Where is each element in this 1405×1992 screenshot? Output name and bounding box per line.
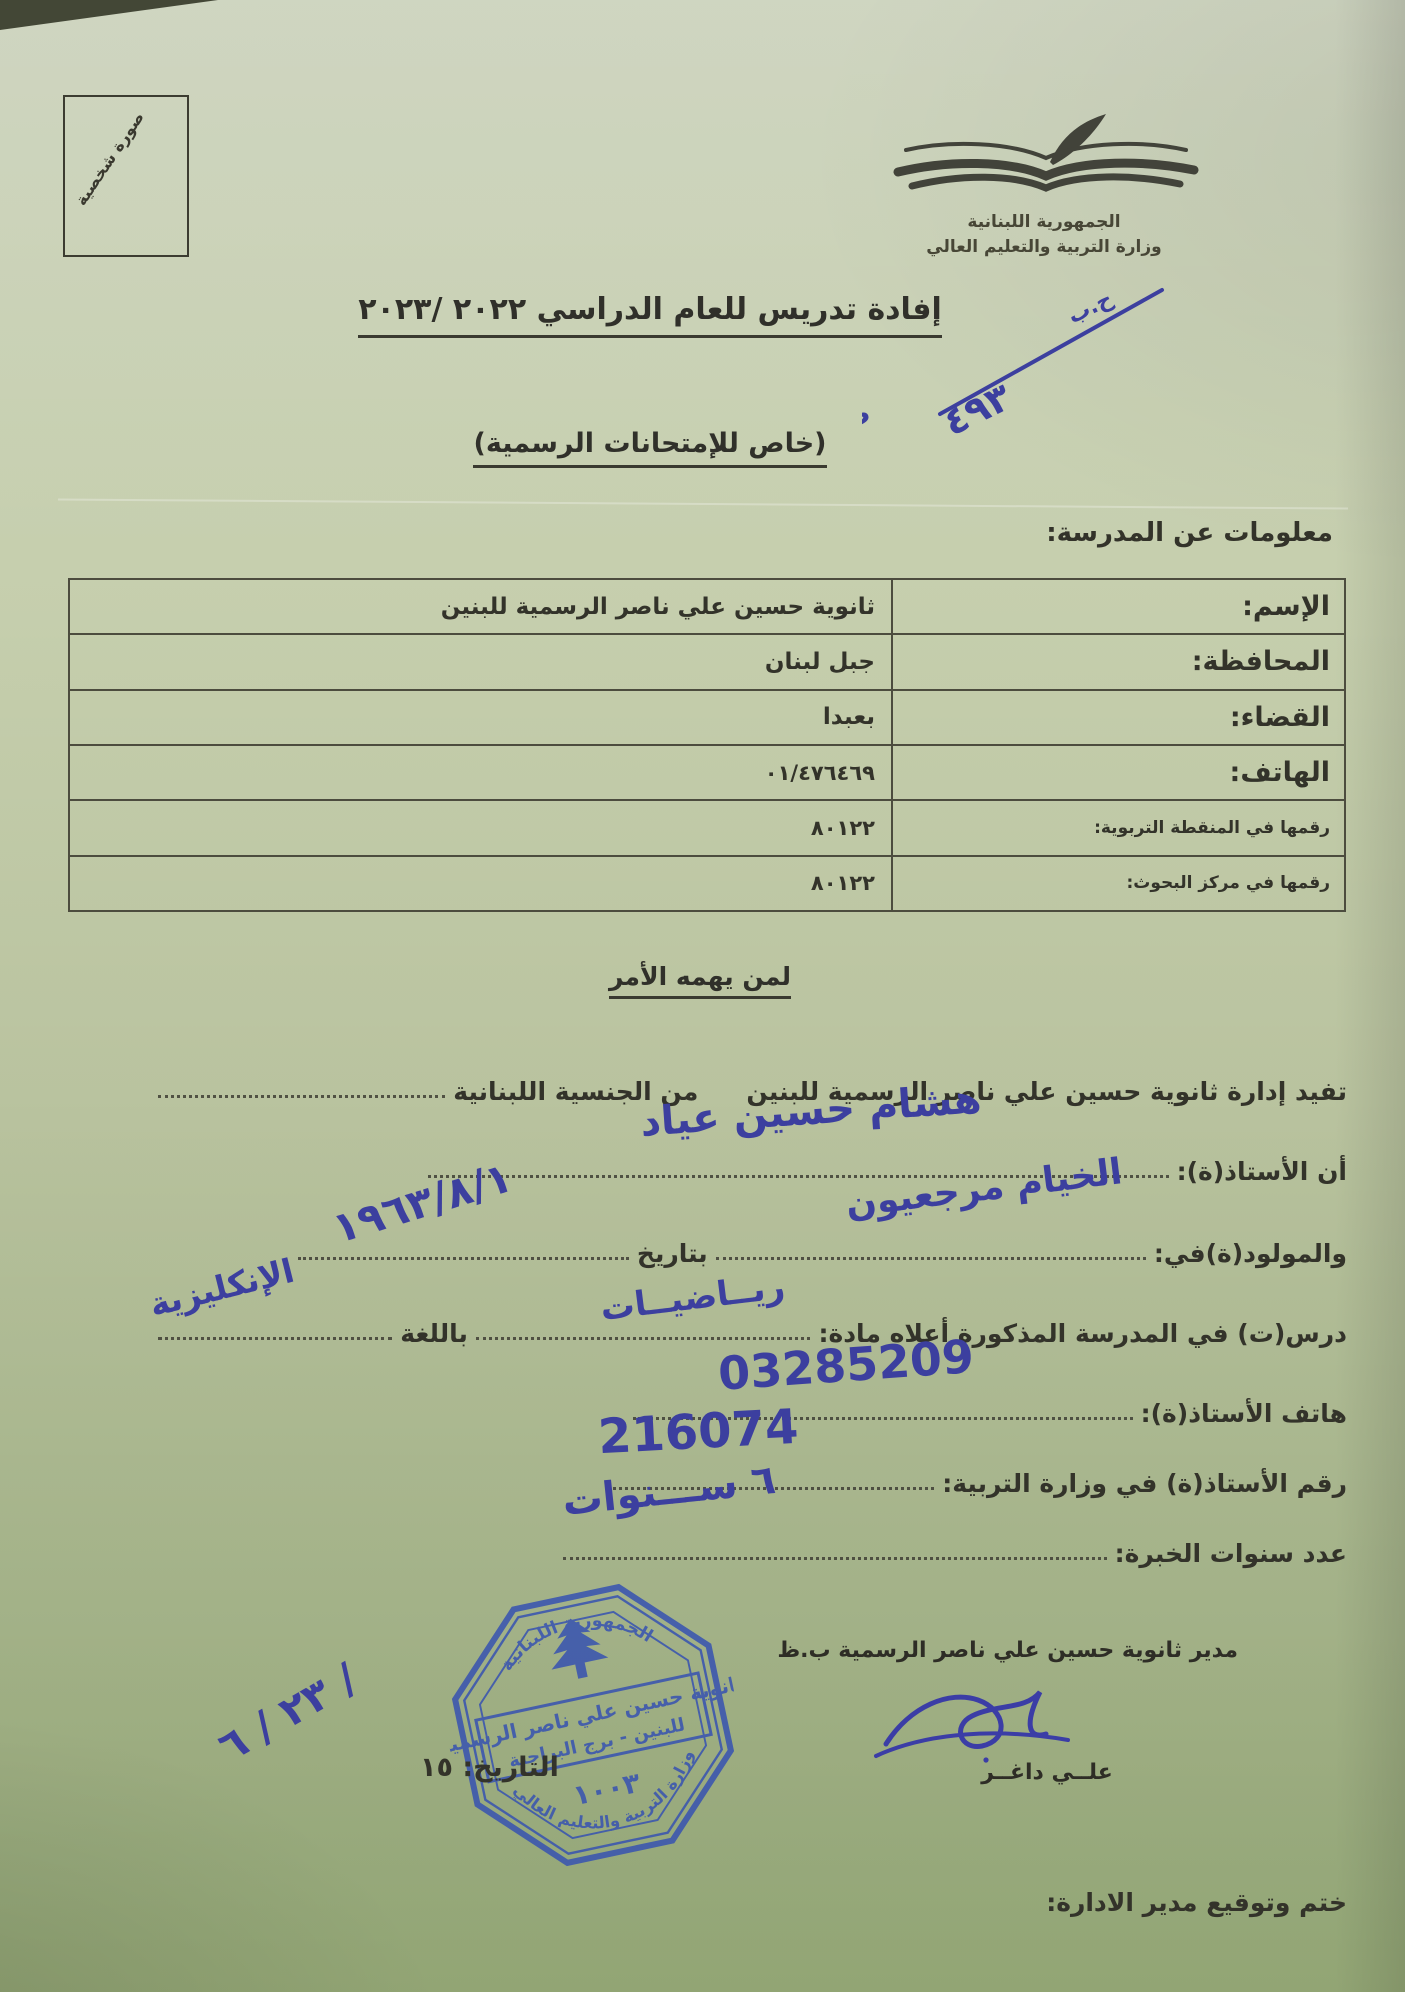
experience-label: عدد سنوات الخبرة: xyxy=(1115,1539,1347,1568)
ministry-name-line1: الجمهورية اللبنانية xyxy=(888,210,1200,235)
letter-line-birth: والمولود(ة)في: بتاريخ xyxy=(290,1224,1347,1268)
director-name: علــي داغــر xyxy=(952,1760,1142,1785)
table-row: القضاء: بعبدا xyxy=(70,691,1344,746)
table-row: المحافظة: جبل لبنان xyxy=(70,635,1344,690)
school-info-heading: معلومات عن المدرسة: xyxy=(1046,518,1333,548)
row-value: جبل لبنان xyxy=(70,649,891,675)
director-signature xyxy=(868,1664,1108,1774)
row-value: ٨٠١٢٢ xyxy=(70,871,891,895)
row-value: بعبدا xyxy=(70,704,891,730)
birthdate-label: بتاريخ xyxy=(637,1239,708,1268)
handwritten-date: ٢٣ / ٦ / xyxy=(210,1653,366,1771)
row-value: ٠١/٤٧٦٤٦٩ xyxy=(70,761,891,785)
serial-initials: ح.ب xyxy=(1064,286,1117,329)
dotted-line xyxy=(716,1251,1146,1260)
photo-box-label: صورة شخصية xyxy=(71,108,148,209)
dotted-line xyxy=(298,1251,629,1260)
dotted-line xyxy=(158,1331,392,1340)
letter-heading: لمن يهمه الأمر xyxy=(609,962,791,999)
ministry-logo: الجمهورية اللبنانية وزارة التربية والتعل… xyxy=(888,112,1200,260)
table-row: رقمها في مركز البحوث: ٨٠١٢٢ xyxy=(70,857,1344,910)
school-info-table: الإسم: ثانوية حسين علي ناصر الرسمية للبن… xyxy=(68,578,1346,912)
row-value: ٨٠١٢٢ xyxy=(70,816,891,840)
serial-number: ٤٩٣ xyxy=(936,375,1018,442)
photo-box: صورة شخصية xyxy=(63,95,189,257)
open-book-icon xyxy=(888,112,1200,204)
row-label: الإسم: xyxy=(891,580,1344,633)
row-label: الهاتف: xyxy=(891,746,1344,799)
handwritten-serial-note: صادر ٤٩٣ ح.ب xyxy=(862,242,1192,442)
dotted-line xyxy=(476,1331,811,1340)
stamp-signature-label: ختم وتوقيع مدير الادارة: xyxy=(1046,1888,1347,1917)
school-stamp: الجمهورية اللبنانية ثانوية حسين علي ناصر… xyxy=(421,1553,765,1897)
row-label: رقمها في المنقطة التربوية: xyxy=(891,801,1344,854)
ministry-no-label: رقم الأستاذ(ة) في وزارة التربية: xyxy=(942,1469,1347,1498)
table-row: الإسم: ثانوية حسين علي ناصر الرسمية للبن… xyxy=(70,580,1344,635)
row-label: المحافظة: xyxy=(891,635,1344,688)
table-row: الهاتف: ٠١/٤٧٦٤٦٩ xyxy=(70,746,1344,801)
scanned-teaching-certificate: صورة شخصية الجمهورية اللبنانية وزارة الت… xyxy=(0,0,1405,1992)
page-title: إفادة تدريس للعام الدراسي ٢٠٢٢ /٢٠٢٣ xyxy=(358,292,942,338)
dotted-line xyxy=(563,1551,1107,1560)
language-label: باللغة xyxy=(400,1319,468,1348)
birth-label: والمولود(ة)في: xyxy=(1154,1239,1347,1268)
row-label: رقمها في مركز البحوث: xyxy=(891,857,1344,910)
table-row: رقمها في المنقطة التربوية: ٨٠١٢٢ xyxy=(70,801,1344,856)
date-label: التاريخ: ١٥ xyxy=(420,1752,559,1783)
page-subtitle: (خاص للإمتحانات الرسمية) xyxy=(473,428,826,468)
row-label: القضاء: xyxy=(891,691,1344,744)
handwritten-ministry-number: 216074 xyxy=(597,1399,800,1465)
scanner-edge-shadow xyxy=(0,0,218,30)
director-title: مدير ثانوية حسين علي ناصر الرسمية ب.ظ xyxy=(777,1638,1238,1663)
paper-fold-line xyxy=(58,498,1348,509)
teacher-label: أن الأستاذ(ة): xyxy=(1177,1157,1347,1186)
phone-label: هاتف الأستاذ(ة): xyxy=(1141,1399,1347,1428)
dotted-line xyxy=(158,1089,445,1098)
row-value: ثانوية حسين علي ناصر الرسمية للبنين xyxy=(70,594,891,620)
handwritten-experience-years: ٦ ســـنوات xyxy=(560,1457,778,1525)
